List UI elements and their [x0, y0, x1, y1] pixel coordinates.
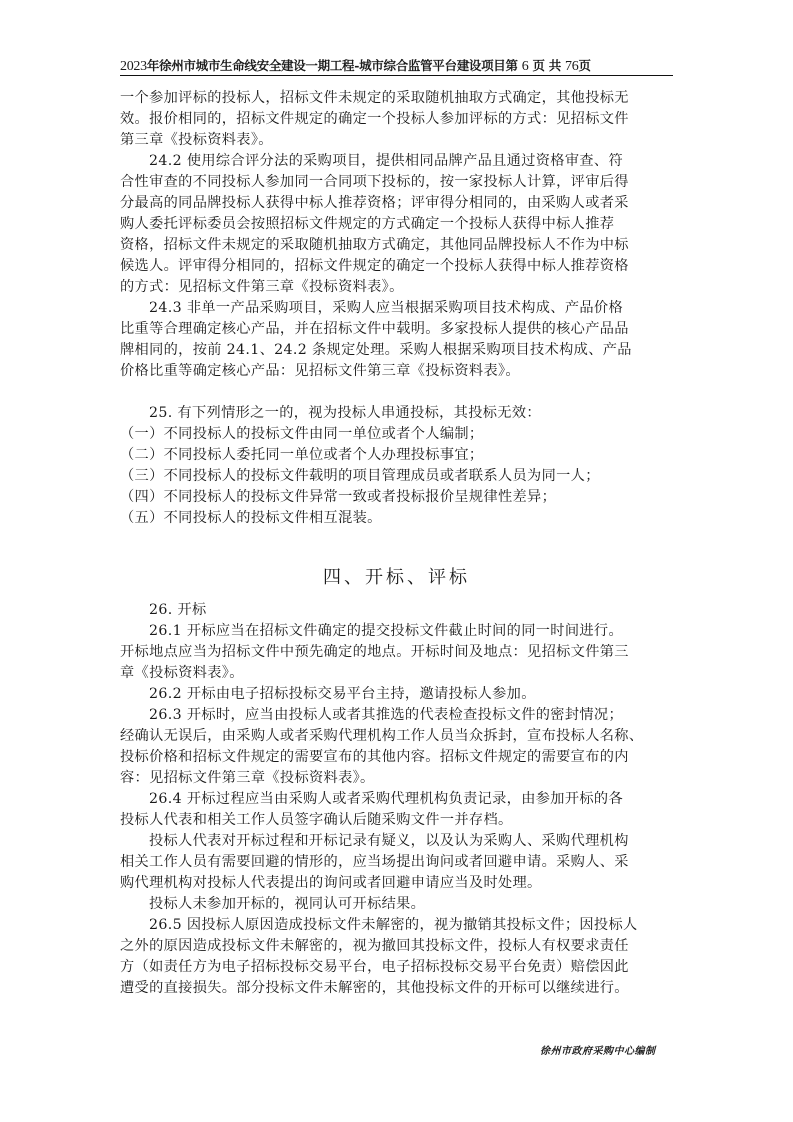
- text-line: 资格，招标文件未规定的采取随机抽取方式确定，其他同品牌投标人不作为中标: [120, 235, 680, 256]
- text-line: 投标人代表和相关工作人员签字确认后随采购文件一并存档。: [120, 810, 680, 831]
- text-line: 合性审查的不同投标人参加同一合同项下投标的，按一家投标人计算，评审后得: [120, 172, 680, 193]
- text-line: 26. 开标: [120, 600, 680, 621]
- text-line: 牌相同的，按前 24.1、24.2 条规定处理。采购人根据采购项目技术构成、产品: [120, 340, 680, 361]
- text-line: 相关工作人员有需要回避的情形的，应当场提出询问或者回避申请。采购人、采: [120, 852, 680, 873]
- text-line: 经确认无误后，由采购人或者采购代理机构工作人员当众拆封，宣布投标人名称、: [120, 726, 680, 747]
- text-line: 24.3 非单一产品采购项目，采购人应当根据采购项目技术构成、产品价格: [120, 298, 680, 319]
- text-line: 26.4 开标过程应当由采购人或者采购代理机构负责记录，由参加开标的各: [120, 789, 680, 810]
- header-project-title: 年徐州市城市生命线安全建设一期工程-城市综合监管平台建设项目第: [147, 58, 518, 73]
- text-line: 26.5 因投标人原因造成投标文件未解密的，视为撤销其投标文件；因投标人: [120, 915, 680, 936]
- text-line: 价格比重等确定核心产品：见招标文件第三章《投标资料表》。: [120, 361, 680, 382]
- header-page-total: 76: [565, 59, 578, 74]
- text-line: 投标人未参加开标的，视同认可开标结果。: [120, 894, 680, 915]
- text-line: 投标人代表对开标过程和开标记录有疑义，以及认为采购人、采购代理机构: [120, 831, 680, 852]
- text-line: 之外的原因造成投标文件未解密的，视为撤回其投标文件，投标人有权要求责任: [120, 936, 680, 957]
- header-page-label-mid: 页 共: [533, 58, 561, 73]
- text-line: 25. 有下列情形之一的，视为投标人串通投标，其投标无效：: [120, 403, 680, 424]
- text-line: 26.3 开标时，应当由投标人或者其推选的代表检查投标文件的密封情况；: [120, 705, 680, 726]
- header-page-current: 6: [522, 59, 529, 74]
- text-line: 26.1 开标应当在招标文件确定的提交投标文件截止时间的同一时间进行。: [120, 621, 680, 642]
- text-line: 一个参加评标的投标人，招标文件未规定的采取随机抽取方式确定，其他投标无: [120, 88, 680, 109]
- header-page-label-end: 页: [578, 58, 590, 73]
- text-line: 购代理机构对投标人代表提出的询问或者回避申请应当及时处理。: [120, 873, 680, 894]
- text-line: 方（如责任方为电子招标投标交易平台，电子招标投标交易平台免责）赔偿因此: [120, 957, 680, 978]
- text-line: （三）不同投标人的投标文件载明的项目管理成员或者联系人员为同一人；: [120, 466, 680, 487]
- text-line: （二）不同投标人委托同一单位或者个人办理投标事宜；: [120, 445, 680, 466]
- text-line: 的方式：见招标文件第三章《投标资料表》。: [120, 277, 680, 298]
- page-header: 2023年徐州市城市生命线安全建设一期工程-城市综合监管平台建设项目第 6 页 …: [120, 58, 673, 76]
- text-line: （四）不同投标人的投标文件异常一致或者投标报价呈规律性差异；: [120, 487, 680, 508]
- text-line: 章《投标资料表》。: [120, 663, 680, 684]
- text-line: （一）不同投标人的投标文件由同一单位或者个人编制；: [120, 424, 680, 445]
- text-line: （五）不同投标人的投标文件相互混装。: [120, 508, 680, 529]
- text-line: 比重等合理确定核心产品，并在招标文件中载明。多家投标人提供的核心产品品: [120, 319, 680, 340]
- body-text-part1: 一个参加评标的投标人，招标文件未规定的采取随机抽取方式确定，其他投标无效。报价相…: [120, 88, 680, 529]
- text-line: 24.2 使用综合评分法的采购项目，提供相同品牌产品且通过资格审查、符: [120, 151, 680, 172]
- text-line: 候选人。评审得分相同的，招标文件规定的确定一个投标人获得中标人推荐资格: [120, 256, 680, 277]
- text-line: 第三章《投标资料表》。: [120, 130, 680, 151]
- text-line: 分最高的同品牌投标人获得中标人推荐资格；评审得分相同的，由采购人或者采: [120, 193, 680, 214]
- text-line: 26.2 开标由电子招标投标交易平台主持，邀请投标人参加。: [120, 684, 680, 705]
- text-line: 投标价格和招标文件规定的需要宣布的其他内容。招标文件规定的需要宣布的内: [120, 747, 680, 768]
- footer-brand: 徐州市政府采购中心编制: [540, 1042, 656, 1057]
- header-year: 2023: [120, 59, 147, 74]
- body-text-part2: 26. 开标26.1 开标应当在招标文件确定的提交投标文件截止时间的同一时间进行…: [120, 600, 680, 999]
- text-line: 开标地点应当为招标文件中预先确定的地点。开标时间及地点：见招标文件第三: [120, 642, 680, 663]
- text-line: 容：见招标文件第三章《投标资料表》。: [120, 768, 680, 789]
- text-line: 遭受的直接损失。部分投标文件未解密的，其他投标文件的开标可以继续进行。: [120, 978, 680, 999]
- section-heading: 四、开标、评标: [0, 566, 793, 590]
- text-line: 效。报价相同的，招标文件规定的确定一个投标人参加评标的方式：见招标文件: [120, 109, 680, 130]
- text-line: 购人委托评标委员会按照招标文件规定的方式确定一个投标人获得中标人推荐: [120, 214, 680, 235]
- blank-line: [120, 382, 680, 403]
